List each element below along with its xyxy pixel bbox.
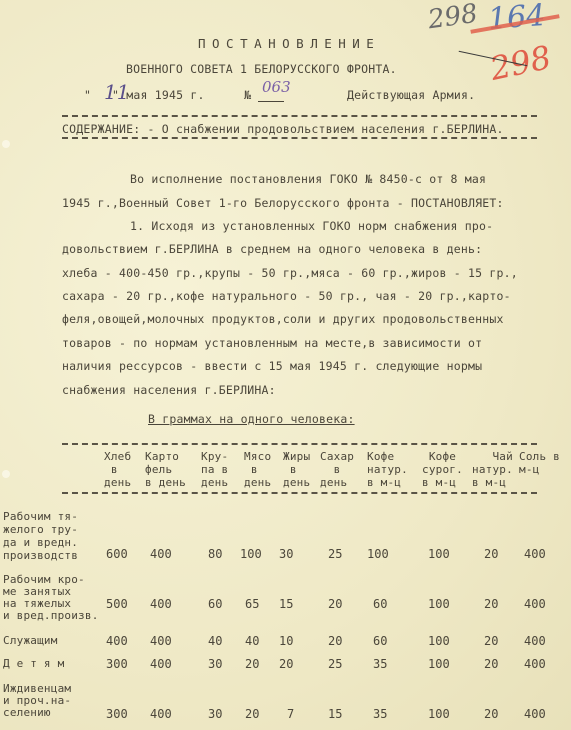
cell-value: 100 — [240, 547, 262, 561]
table-divider — [62, 492, 537, 494]
cell-value: 400 — [106, 634, 128, 648]
punch-hole — [2, 140, 10, 148]
cell-value: 20 — [245, 707, 259, 721]
punch-hole — [2, 470, 10, 478]
body-line: хлеба - 400-450 гр.,крупы - 50 гр.,мяса … — [62, 266, 518, 280]
column-header: Соль в м-ц — [519, 450, 560, 476]
column-header: Сахар в день — [320, 450, 354, 489]
document-page: 298 164 298 ПОСТАНОВЛЕНИЕ ВОЕННОГО СОВЕТ… — [0, 0, 571, 730]
cell-value: 100 — [428, 547, 450, 561]
cell-value: 35 — [373, 657, 387, 671]
cell-value: 60 — [208, 597, 222, 611]
cell-value: 40 — [245, 634, 259, 648]
body-line: феля,овощей,молочных продуктов,соли и др… — [62, 312, 504, 326]
cell-value: 20 — [328, 597, 342, 611]
cell-value: 20 — [484, 634, 498, 648]
cell-value: 10 — [279, 634, 293, 648]
row-label: Служащим — [3, 634, 58, 647]
cell-value: 20 — [484, 657, 498, 671]
cell-value: 100 — [428, 657, 450, 671]
column-header: Кофе сурог. в м-ц — [422, 450, 463, 489]
cell-value: 15 — [328, 707, 342, 721]
table-divider — [62, 443, 537, 445]
column-header: Хлеб в день — [104, 450, 131, 489]
cell-value: 400 — [150, 547, 172, 561]
cell-value: 25 — [328, 547, 342, 561]
cell-value: 20 — [484, 707, 498, 721]
cell-value: 400 — [150, 657, 172, 671]
date-open-quote: " — [84, 88, 91, 102]
cell-value: 80 — [208, 547, 222, 561]
cell-value: 20 — [484, 597, 498, 611]
number-underline — [258, 101, 284, 102]
row-label: Рабочим кро- ме занятых на тяжелых и вре… — [3, 574, 99, 622]
cell-value: 400 — [524, 657, 546, 671]
date-month-year: " мая 1945 г. — [112, 88, 205, 102]
column-header: Кофе натур. в м-ц — [367, 450, 408, 489]
cell-value: 60 — [373, 597, 387, 611]
cell-value: 600 — [106, 547, 128, 561]
cell-value: 30 — [279, 547, 293, 561]
cell-value: 40 — [208, 634, 222, 648]
body-line: наличия рессурсов - ввести с 15 мая 1945… — [62, 359, 482, 373]
column-header: Мясо в день — [244, 450, 271, 489]
cell-value: 100 — [428, 634, 450, 648]
row-label: Рабочим тя- желого тру- да и вредн. прои… — [3, 510, 78, 562]
column-header: Карто фель в день — [145, 450, 186, 489]
cell-value: 400 — [524, 707, 546, 721]
cell-value: 7 — [287, 707, 294, 721]
column-header: Кру- па в день — [201, 450, 228, 489]
row-label: Иждивенцам и проч.на- селению — [3, 683, 71, 719]
cell-value: 400 — [150, 634, 172, 648]
cell-value: 400 — [150, 707, 172, 721]
cell-value: 500 — [106, 597, 128, 611]
body-line: довольствием г.БЕРЛИНА в среднем на одно… — [62, 242, 482, 256]
body-line: снабжения населения г.БЕРЛИНА: — [62, 383, 276, 397]
number-label: № — [244, 88, 251, 102]
handwritten-number: 063 — [262, 78, 291, 96]
divider-dashed — [62, 115, 537, 117]
cell-value: 20 — [484, 547, 498, 561]
cell-value: 20 — [328, 634, 342, 648]
contents-line: СОДЕРЖАНИЕ: - О снабжении продовольствие… — [62, 122, 504, 136]
body-line: 1. Исходя из установленных ГОКО норм сна… — [130, 219, 493, 233]
body-line: товаров - по нормам установленным на мес… — [62, 336, 482, 350]
cell-value: 400 — [524, 634, 546, 648]
cell-value: 300 — [106, 707, 128, 721]
body-line: сахара - 20 гр.,кофе натурального - 50 г… — [62, 289, 511, 303]
column-header: Чай натур. в м-ц — [472, 450, 513, 489]
cell-value: 100 — [367, 547, 389, 561]
cell-value: 20 — [279, 657, 293, 671]
table-caption: В граммах на одного человека: — [148, 412, 355, 426]
cell-value: 65 — [245, 597, 259, 611]
cell-value: 100 — [428, 597, 450, 611]
cell-value: 15 — [279, 597, 293, 611]
row-label: Д е т я м — [3, 657, 64, 670]
cell-value: 100 — [428, 707, 450, 721]
column-header: Жиры в день — [283, 450, 310, 489]
location-label: Действующая Армия. — [347, 88, 475, 102]
document-subtitle: ВОЕННОГО СОВЕТА 1 БЕЛОРУССКОГО ФРОНТА. — [126, 62, 397, 76]
cell-value: 400 — [524, 597, 546, 611]
cell-value: 20 — [245, 657, 259, 671]
body-line: Во исполнение постановления ГОКО № 8450-… — [130, 172, 486, 186]
cell-value: 60 — [373, 634, 387, 648]
cell-value: 35 — [373, 707, 387, 721]
divider-dashed — [62, 137, 537, 139]
cell-value: 30 — [208, 707, 222, 721]
cell-value: 25 — [328, 657, 342, 671]
cell-value: 300 — [106, 657, 128, 671]
document-title: ПОСТАНОВЛЕНИЕ — [198, 36, 380, 51]
cell-value: 30 — [208, 657, 222, 671]
cell-value: 400 — [150, 597, 172, 611]
body-line: 1945 г.,Военный Совет 1-го Белорусского … — [62, 196, 504, 210]
cell-value: 400 — [524, 547, 546, 561]
